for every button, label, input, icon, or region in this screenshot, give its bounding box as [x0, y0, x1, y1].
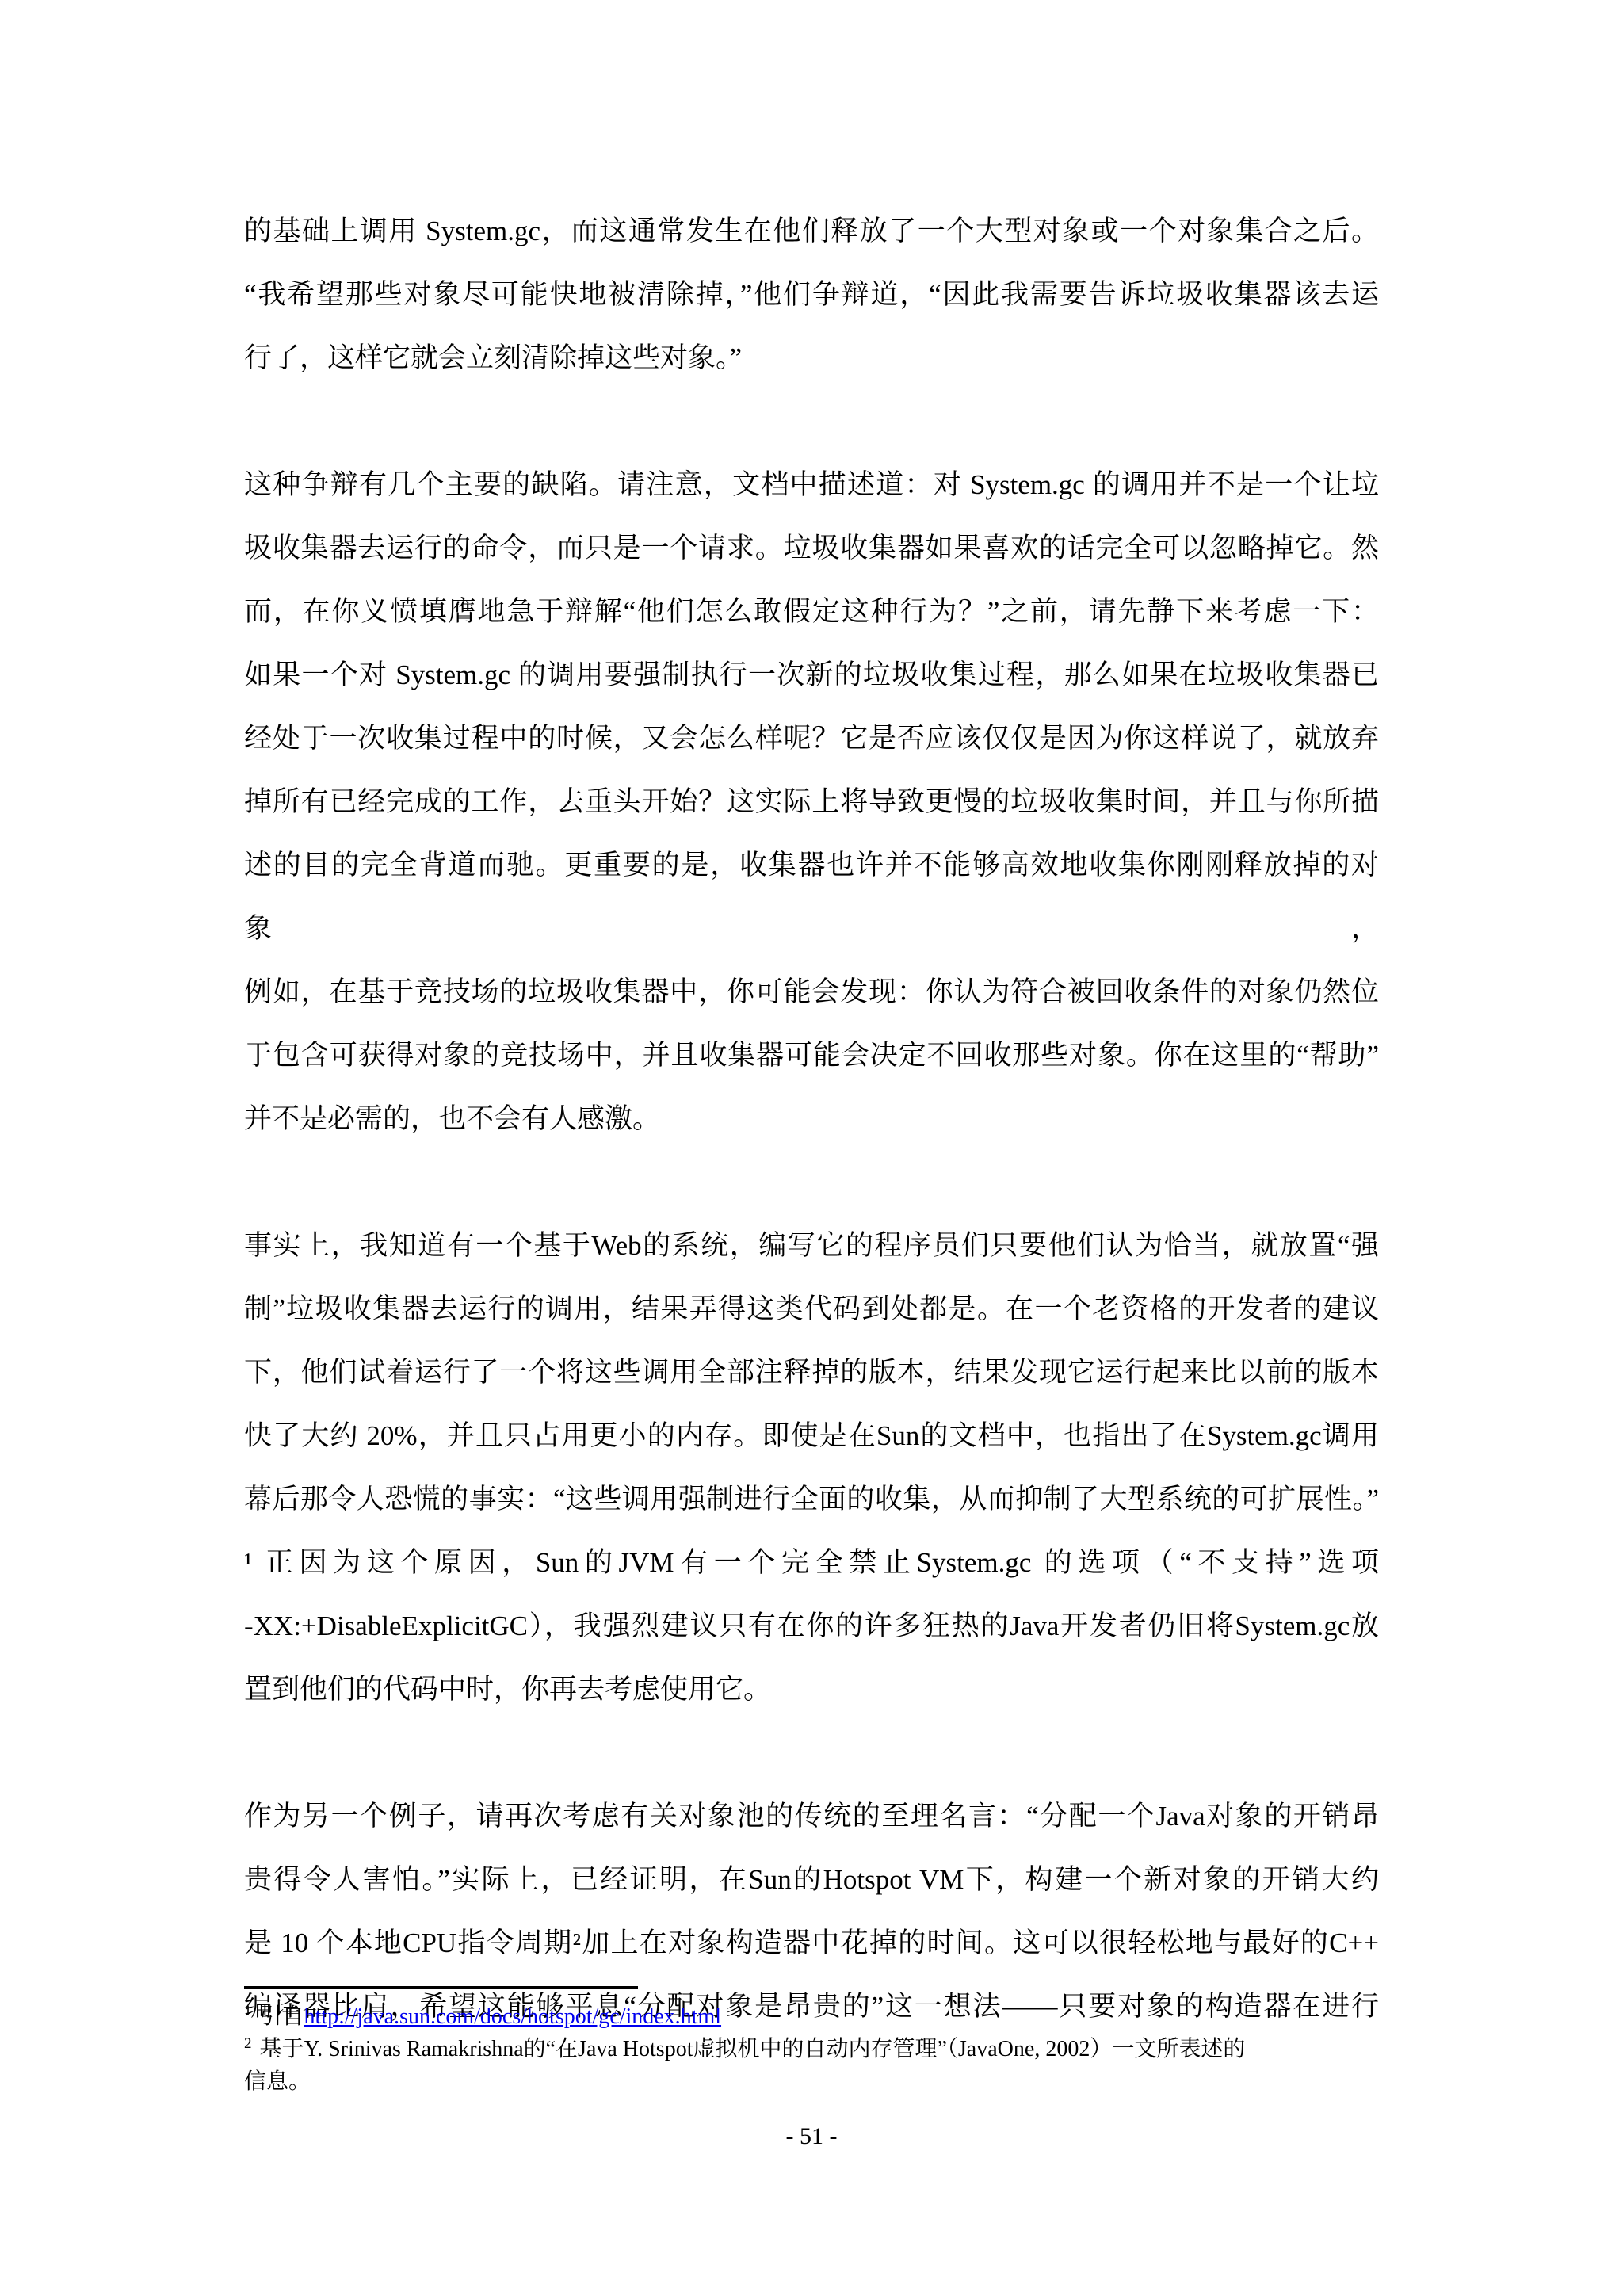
text-line: 述的目的完全背道而驰。更重要的是，收集器也许并不能够高效地收集你刚刚释放掉的对象…	[244, 834, 1379, 961]
text-line: 作为另一个例子，请再次考虑有关对象池的传统的至理名言：“分配一个Java对象的开…	[244, 1785, 1379, 1848]
text-line: 下，他们试着运行了一个将这些调用全部注释掉的版本，结果发现它运行起来比以前的版本	[244, 1341, 1379, 1404]
text-line: 置到他们的代码中时，你再去考虑使用它。	[244, 1658, 1379, 1721]
document-page: 的基础上调用 System.gc，而这通常发生在他们释放了一个大型对象或一个对象…	[0, 0, 1623, 2296]
text-line: 圾收集器去运行的命令，而只是一个请求。垃圾收集器如果喜欢的话完全可以忽略掉它。然	[244, 517, 1379, 580]
text-line: 幕后那令人恐慌的事实：“这些调用强制进行全面的收集，从而抑制了大型系统的可扩展性…	[244, 1468, 1379, 1531]
text-line: 并不是必需的，也不会有人感激。	[244, 1087, 1379, 1151]
text-line: 例如，在基于竞技场的垃圾收集器中，你可能会发现：你认为符合被回收条件的对象仍然位	[244, 961, 1379, 1024]
footnote-2: 2基于Y. Srinivas Ramakrishna的“在Java Hotspo…	[244, 2033, 1379, 2065]
text-line: 行了，这样它就会立刻清除掉这些对象。”	[244, 327, 1379, 390]
page-body: 的基础上调用 System.gc，而这通常发生在他们释放了一个大型对象或一个对象…	[244, 200, 1379, 2038]
text-line: 而，在你义愤填膺地急于辩解“他们怎么敢假定这种行为？”之前，请先静下来考虑一下：	[244, 580, 1379, 644]
text-line: -XX:+DisableExplicitGC），我强烈建议只有在你的许多狂热的J…	[244, 1595, 1379, 1658]
text-line: 如果一个对 System.gc 的调用要强制执行一次新的垃圾收集过程，那么如果在…	[244, 644, 1379, 707]
text-line: 经处于一次收集过程中的时候，又会怎么样呢？它是否应该仅仅是因为你这样说了，就放弃	[244, 707, 1379, 770]
text-line: 于包含可获得对象的竞技场中，并且收集器可能会决定不回收那些对象。你在这里的“帮助…	[244, 1024, 1379, 1087]
footnote-1: 1引自http://java.sun.com/docs/hotspot/gc/i…	[244, 2000, 1379, 2033]
text-line: 事实上，我知道有一个基于Web的系统，编写它的程序员们只要他们认为恰当，就放置“…	[244, 1214, 1379, 1278]
text-line: 这种争辩有几个主要的缺陷。请注意，文档中描述道：对 System.gc 的调用并…	[244, 453, 1379, 517]
footnote-1-link[interactable]: http://java.sun.com/docs/hotspot/gc/inde…	[304, 2004, 722, 2029]
text-line: 快了大约 20%，并且只占用更小的内存。即使是在Sun的文档中，也指出了在Sys…	[244, 1404, 1379, 1468]
footnote-2-continuation: 信息。	[244, 2065, 1379, 2098]
text-line: “我希望那些对象尽可能快地被清除掉，”他们争辩道，“因此我需要告诉垃圾收集器该去…	[244, 263, 1379, 327]
paragraph: 这种争辩有几个主要的缺陷。请注意，文档中描述道：对 System.gc 的调用并…	[244, 453, 1379, 1151]
footnote-1-text: 引自	[260, 2004, 304, 2029]
text-line: 掉所有已经完成的工作，去重头开始？这实际上将导致更慢的垃圾收集时间，并且与你所描	[244, 770, 1379, 834]
paragraph: 的基础上调用 System.gc，而这通常发生在他们释放了一个大型对象或一个对象…	[244, 200, 1379, 390]
footnotes-section: 1引自http://java.sun.com/docs/hotspot/gc/i…	[244, 1986, 1379, 2098]
text-line: 贵得令人害怕。”实际上，已经证明，在Sun的Hotspot VM下，构建一个新对…	[244, 1848, 1379, 1912]
text-line: 制”垃圾收集器去运行的调用，结果弄得这类代码到处都是。在一个老资格的开发者的建议	[244, 1278, 1379, 1341]
footnote-2-text: 基于Y. Srinivas Ramakrishna的“在Java Hotspot…	[260, 2037, 1246, 2061]
footnote-2-marker: 2	[244, 2035, 252, 2052]
text-line-with-footnote-ref: 是 10 个本地CPU指令周期²加上在对象构造器中花掉的时间。这可以很轻松地与最…	[244, 1912, 1379, 1975]
footnote-separator	[244, 1986, 638, 1989]
text-line-with-footnote-ref: ¹ 正因为这个原因，Sun的JVM有一个完全禁止System.gc 的选项（“不…	[244, 1531, 1379, 1595]
text-line: 的基础上调用 System.gc，而这通常发生在他们释放了一个大型对象或一个对象…	[244, 200, 1379, 263]
footnote-1-marker: 1	[244, 2003, 252, 2019]
page-number: - 51 -	[0, 2121, 1623, 2153]
paragraph: 事实上，我知道有一个基于Web的系统，编写它的程序员们只要他们认为恰当，就放置“…	[244, 1214, 1379, 1721]
